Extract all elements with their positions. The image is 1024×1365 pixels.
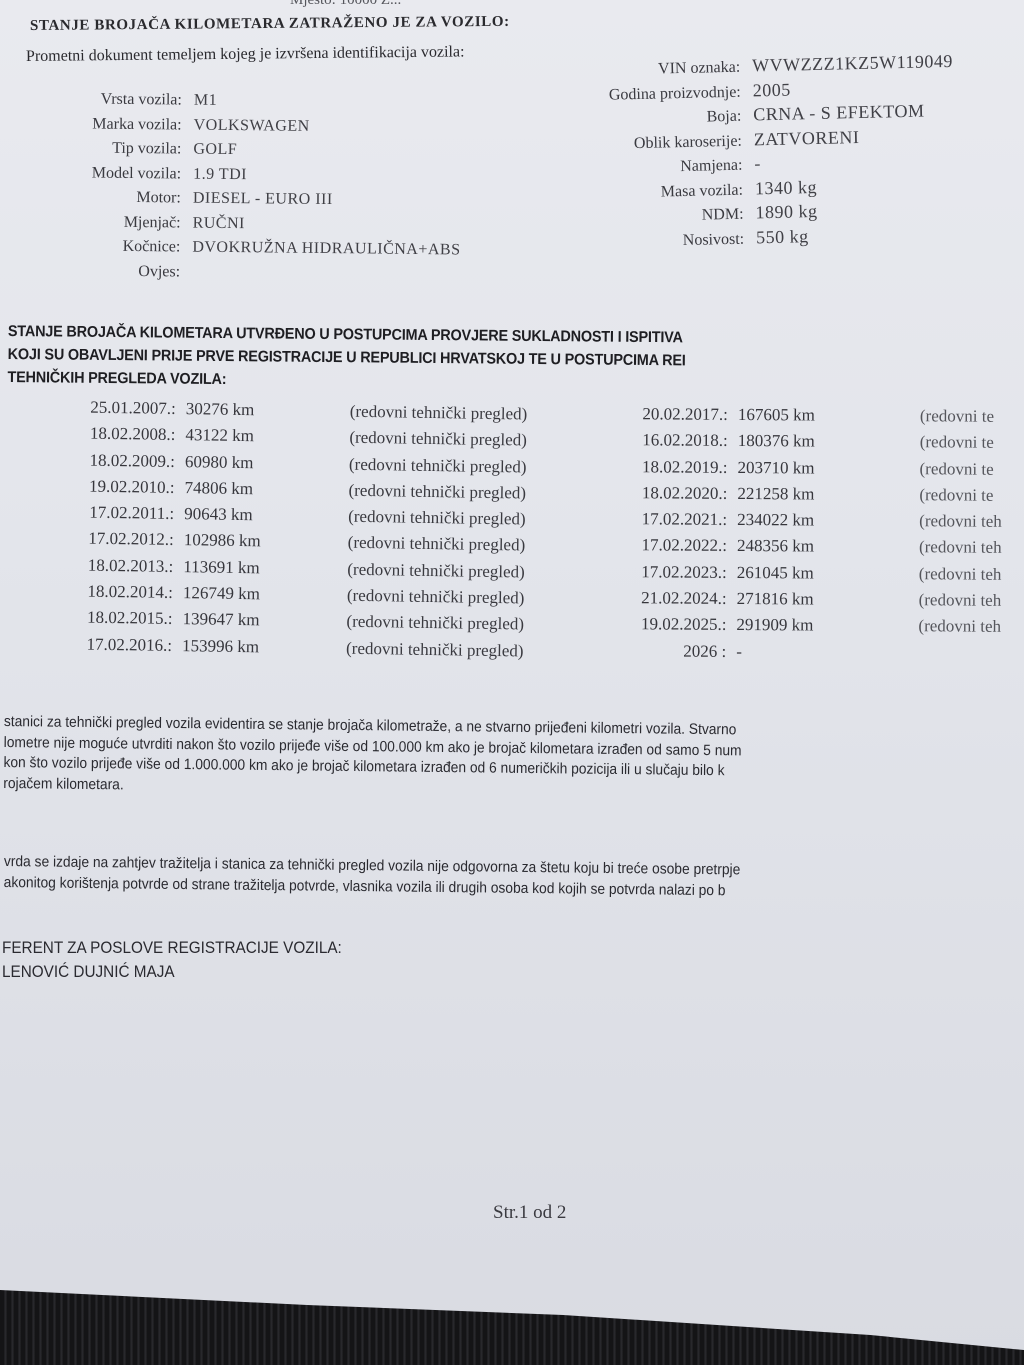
field-value: DIESEL - EURO III [193,190,333,209]
record-km: 43122 km [185,425,295,447]
vehicle-field: Ovjes: [38,261,538,291]
record-note: (redovni tehnički pregled) [349,454,527,477]
field-value: 2005 [753,79,791,101]
field-label: Tip vozila: [39,139,193,159]
record-km: 167605 km [738,405,868,426]
record-date: 18.02.2008.: [49,423,185,445]
record-date: 18.02.2015.: [46,607,182,629]
record-note: (redovni tehnički pregled) [348,481,526,504]
record-note: (redovni tehnički pregled) [346,638,524,661]
record-date: 17.02.2023.: [599,562,737,583]
field-label: VIN oznaka: [550,58,752,81]
record-date: 20.02.2017.: [600,404,738,425]
odometer-record-row: 17.02.2022.:248356 km(redovni teh [599,535,1002,564]
field-value: 550 kg [756,226,809,248]
signatory-title: FERENT ZA POSLOVE REGISTRACIJE VOZILA: [2,936,342,960]
record-note: (redovni teh [919,511,1002,532]
record-note: (redovni tehnički pregled) [349,428,527,451]
record-km: 261045 km [737,563,867,584]
odometer-record-row: 2026 :- [598,641,1001,670]
field-value: ZATVORENI [754,127,860,150]
field-value: 1890 kg [755,201,817,223]
record-date: 25.01.2007.: [50,397,186,419]
document-page: Mjesto: 10000 Z... STANJE BROJAČA KILOME… [0,0,1024,1365]
odometer-record-row: 17.02.2021.:234022 km(redovni teh [599,509,1002,538]
vehicle-info-left: Vrsta vozila:M1Marka vozila:VOLKSWAGENTi… [38,90,540,291]
field-label: Boja: [551,107,753,130]
field-label: Ovjes: [38,261,192,281]
odometer-record-row: 16.02.2018.:180376 km(redovni te [600,430,1003,459]
record-date: 16.02.2018.: [600,430,738,451]
field-label: Kočnice: [38,237,192,257]
field-label: Godina proizvodnje: [551,83,753,106]
odometer-record-row: 17.02.2023.:261045 km(redovni teh [599,562,1002,591]
record-km: 180376 km [738,431,868,452]
record-date: 19.02.2010.: [48,476,184,498]
field-value: - [754,153,761,174]
records-heading: STANJE BROJAČA KILOMETARA UTVRĐENO U POS… [7,320,685,395]
field-label: Model vozila: [39,163,193,183]
record-date: 17.02.2022.: [599,535,737,556]
record-date: 17.02.2021.: [599,509,737,530]
record-km: 60980 km [185,452,295,474]
field-label: Motor: [39,188,193,208]
record-km: 74806 km [184,478,294,500]
field-value: VOLKSWAGEN [194,116,310,135]
record-date: 17.02.2011.: [48,502,184,524]
record-note: (redovni tehnički pregled) [347,586,525,609]
record-date: 18.02.2014.: [47,581,183,603]
record-km: 102986 km [184,531,294,553]
signatory-block: FERENT ZA POSLOVE REGISTRACIJE VOZILA: L… [2,936,342,984]
record-km: 234022 km [737,510,867,531]
field-label: Marka vozila: [40,114,194,134]
record-note: (redovni tehnički pregled) [348,533,526,556]
record-date: 18.02.2013.: [47,555,183,577]
field-label: NDM: [553,205,755,228]
field-value: DVOKRUŽNA HIDRAULIČNA+ABS [192,239,460,260]
field-label: Oblik karoserije: [552,132,754,155]
vehicle-info-right: VIN oznaka:WVWZZZ1KZ5W119049Godina proiz… [550,49,1024,256]
signatory-name: LENOVIĆ DUJNIĆ MAJA [2,960,342,984]
record-km: 248356 km [737,536,867,557]
record-date: 17.02.2016.: [46,634,182,656]
record-km: 203710 km [737,458,867,479]
record-km: 30276 km [186,399,296,421]
record-km: 90643 km [184,504,294,526]
field-value: GOLF [193,141,237,159]
page-number: Str.1 od 2 [493,1202,566,1224]
record-km: 139647 km [182,609,292,631]
record-note: (redovni teh [919,590,1002,611]
record-note: (redovni tehnički pregled) [346,612,524,635]
record-note: (redovni te [920,406,994,427]
record-note: (redovni te [919,485,993,506]
record-date: 2026 : [598,641,736,662]
record-note: (redovni tehnički pregled) [348,507,526,530]
odometer-record-row: 19.02.2025.:291909 km(redovni teh [598,614,1001,643]
field-label: Vrsta vozila: [40,90,194,110]
record-km: - [736,642,866,663]
record-km: 291909 km [736,615,866,636]
record-note: (redovni teh [919,564,1002,585]
field-value: M1 [194,92,217,110]
field-value: CRNA - S EFEKTOM [753,101,925,126]
odometer-record-row: 20.02.2017.:167605 km(redovni te [600,404,1003,433]
odometer-records-right: 20.02.2017.:167605 km(redovni te16.02.20… [598,404,1002,670]
field-value: 1.9 TDI [193,165,247,184]
record-km: 153996 km [182,636,292,658]
odometer-record-row: 18.02.2019.:203710 km(redovni te [599,457,1002,486]
record-date: 18.02.2019.: [599,457,737,478]
odometer-record-row: 21.02.2024.:271816 km(redovni teh [599,588,1002,617]
record-note: (redovni teh [918,617,1001,638]
request-heading: STANJE BROJAČA KILOMETARA ZATRAŽENO JE Z… [30,14,510,35]
record-km: 221258 km [737,484,867,505]
record-note: (redovni te [920,433,994,454]
record-note: (redovni te [919,459,993,480]
field-value: WVWZZZ1KZ5W119049 [752,51,953,77]
odometer-records-left: 25.01.2007.:30276 km(redovni tehnički pr… [46,397,528,667]
field-label: Mjenjač: [39,212,193,232]
record-note: (redovni tehnički pregled) [350,402,528,425]
odometer-record-row: 18.02.2020.:221258 km(redovni te [599,483,1002,512]
field-label: Masa vozila: [553,181,755,204]
field-label: Namjena: [552,156,754,179]
odometer-disclaimer: stanici za tehnički pregled vozila evide… [3,712,742,802]
record-date: 18.02.2020.: [599,483,737,504]
record-date: 17.02.2012.: [48,528,184,550]
record-date: 21.02.2024.: [599,588,737,609]
document-subheading: Prometni dokument temeljem kojeg je izvr… [26,43,465,66]
record-note: (redovni tehnički pregled) [347,559,525,582]
location-line: Mjesto: 10000 Z... [290,0,401,9]
record-note: (redovni teh [919,538,1002,559]
record-km: 113691 km [183,557,293,579]
field-value: 1340 kg [755,176,817,198]
liability-disclaimer: vrda se izdaje na zahtjev tražitelja i s… [4,852,741,901]
record-date: 19.02.2025.: [598,614,736,635]
field-label: Nosivost: [554,230,756,253]
record-date: 18.02.2009.: [49,450,185,472]
record-km: 271816 km [737,589,867,610]
record-km: 126749 km [183,583,293,605]
field-value: RUČNI [193,214,245,233]
